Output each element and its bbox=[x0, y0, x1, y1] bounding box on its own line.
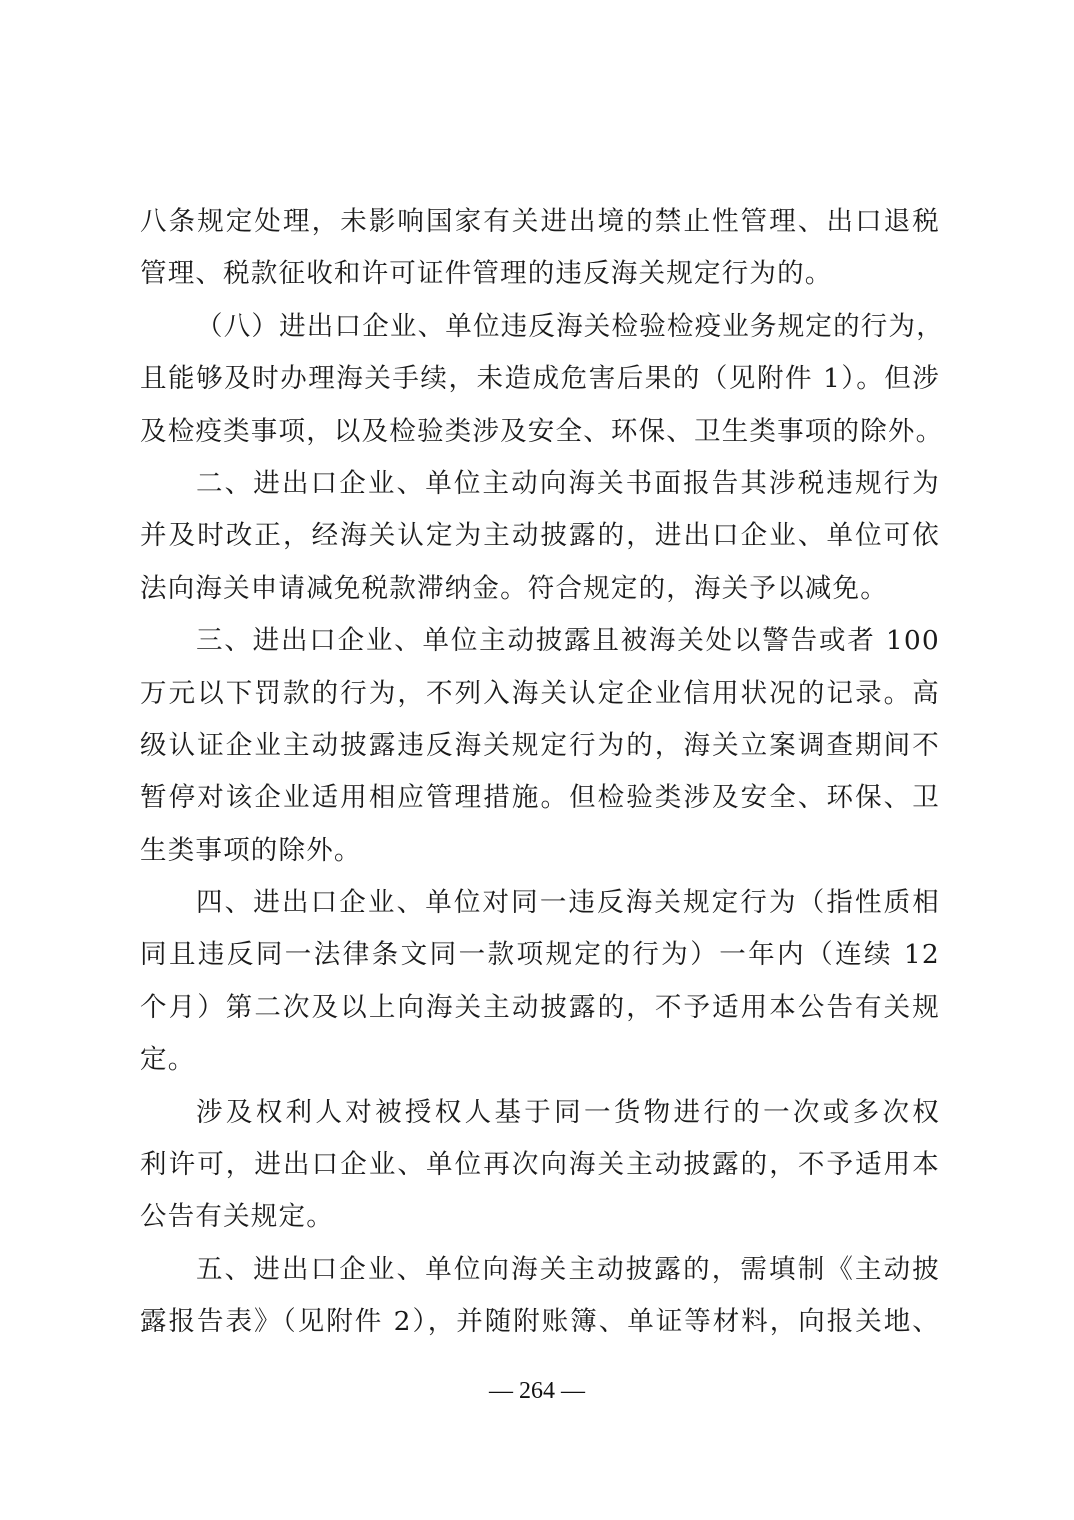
paragraph-section-5: 五、进出口企业、单位向海关主动披露的，需填制《主动披 露报告表》（见附件 2），… bbox=[140, 1244, 940, 1349]
text-line: 五、进出口企业、单位向海关主动披露的，需填制《主动披 bbox=[140, 1244, 940, 1296]
text-line: 万元以下罚款的行为，不列入海关认定企业信用状况的记录。高 bbox=[140, 668, 940, 720]
text-line: 露报告表》（见附件 2），并随附账簿、单证等材料，向报关地、 bbox=[140, 1296, 940, 1348]
paragraph-section-3: 三、进出口企业、单位主动披露且被海关处以警告或者 100 万元以下罚款的行为，不… bbox=[140, 615, 940, 877]
text-line: 生类事项的除外。 bbox=[140, 825, 940, 877]
text-line: 法向海关申请减免税款滞纳金。符合规定的，海关予以减免。 bbox=[140, 563, 940, 615]
text-line: 八条规定处理，未影响国家有关进出境的禁止性管理、出口退税 bbox=[140, 196, 940, 248]
text-line: 暂停对该企业适用相应管理措施。但检验类涉及安全、环保、卫 bbox=[140, 772, 940, 824]
paragraph-item-8: （八）进出口企业、单位违反海关检验检疫业务规定的行为， 且能够及时办理海关手续，… bbox=[140, 301, 940, 458]
text-line: 管理、税款征收和许可证件管理的违反海关规定行为的。 bbox=[140, 248, 940, 300]
text-line: 四、进出口企业、单位对同一违反海关规定行为（指性质相 bbox=[140, 877, 940, 929]
text-line: 三、进出口企业、单位主动披露且被海关处以警告或者 100 bbox=[140, 615, 940, 667]
paragraph-section-4: 四、进出口企业、单位对同一违反海关规定行为（指性质相 同且违反同一法律条文同一款… bbox=[140, 877, 940, 1087]
paragraph-continuation: 八条规定处理，未影响国家有关进出境的禁止性管理、出口退税 管理、税款征收和许可证… bbox=[140, 196, 940, 301]
text-line: 二、进出口企业、单位主动向海关书面报告其涉税违规行为 bbox=[140, 458, 940, 510]
text-line: 并及时改正，经海关认定为主动披露的，进出口企业、单位可依 bbox=[140, 510, 940, 562]
text-line: 定。 bbox=[140, 1034, 940, 1086]
text-line: （八）进出口企业、单位违反海关检验检疫业务规定的行为， bbox=[140, 301, 940, 353]
text-line: 个月）第二次及以上向海关主动披露的，不予适用本公告有关规 bbox=[140, 982, 940, 1034]
page-number: — 264 — bbox=[0, 1378, 1074, 1405]
text-line: 公告有关规定。 bbox=[140, 1191, 940, 1243]
text-line: 涉及权利人对被授权人基于同一货物进行的一次或多次权 bbox=[140, 1087, 940, 1139]
text-line: 及检疫类事项，以及检验类涉及安全、环保、卫生类事项的除外。 bbox=[140, 406, 940, 458]
paragraph-section-2: 二、进出口企业、单位主动向海关书面报告其涉税违规行为 并及时改正，经海关认定为主… bbox=[140, 458, 940, 615]
text-line: 利许可，进出口企业、单位再次向海关主动披露的，不予适用本 bbox=[140, 1139, 940, 1191]
paragraph-section-4-note: 涉及权利人对被授权人基于同一货物进行的一次或多次权 利许可，进出口企业、单位再次… bbox=[140, 1087, 940, 1244]
text-line: 且能够及时办理海关手续，未造成危害后果的（见附件 1）。但涉 bbox=[140, 353, 940, 405]
document-body: 八条规定处理，未影响国家有关进出境的禁止性管理、出口退税 管理、税款征收和许可证… bbox=[140, 196, 940, 1349]
text-line: 级认证企业主动披露违反海关规定行为的，海关立案调查期间不 bbox=[140, 720, 940, 772]
text-line: 同且违反同一法律条文同一款项规定的行为）一年内（连续 12 bbox=[140, 929, 940, 981]
